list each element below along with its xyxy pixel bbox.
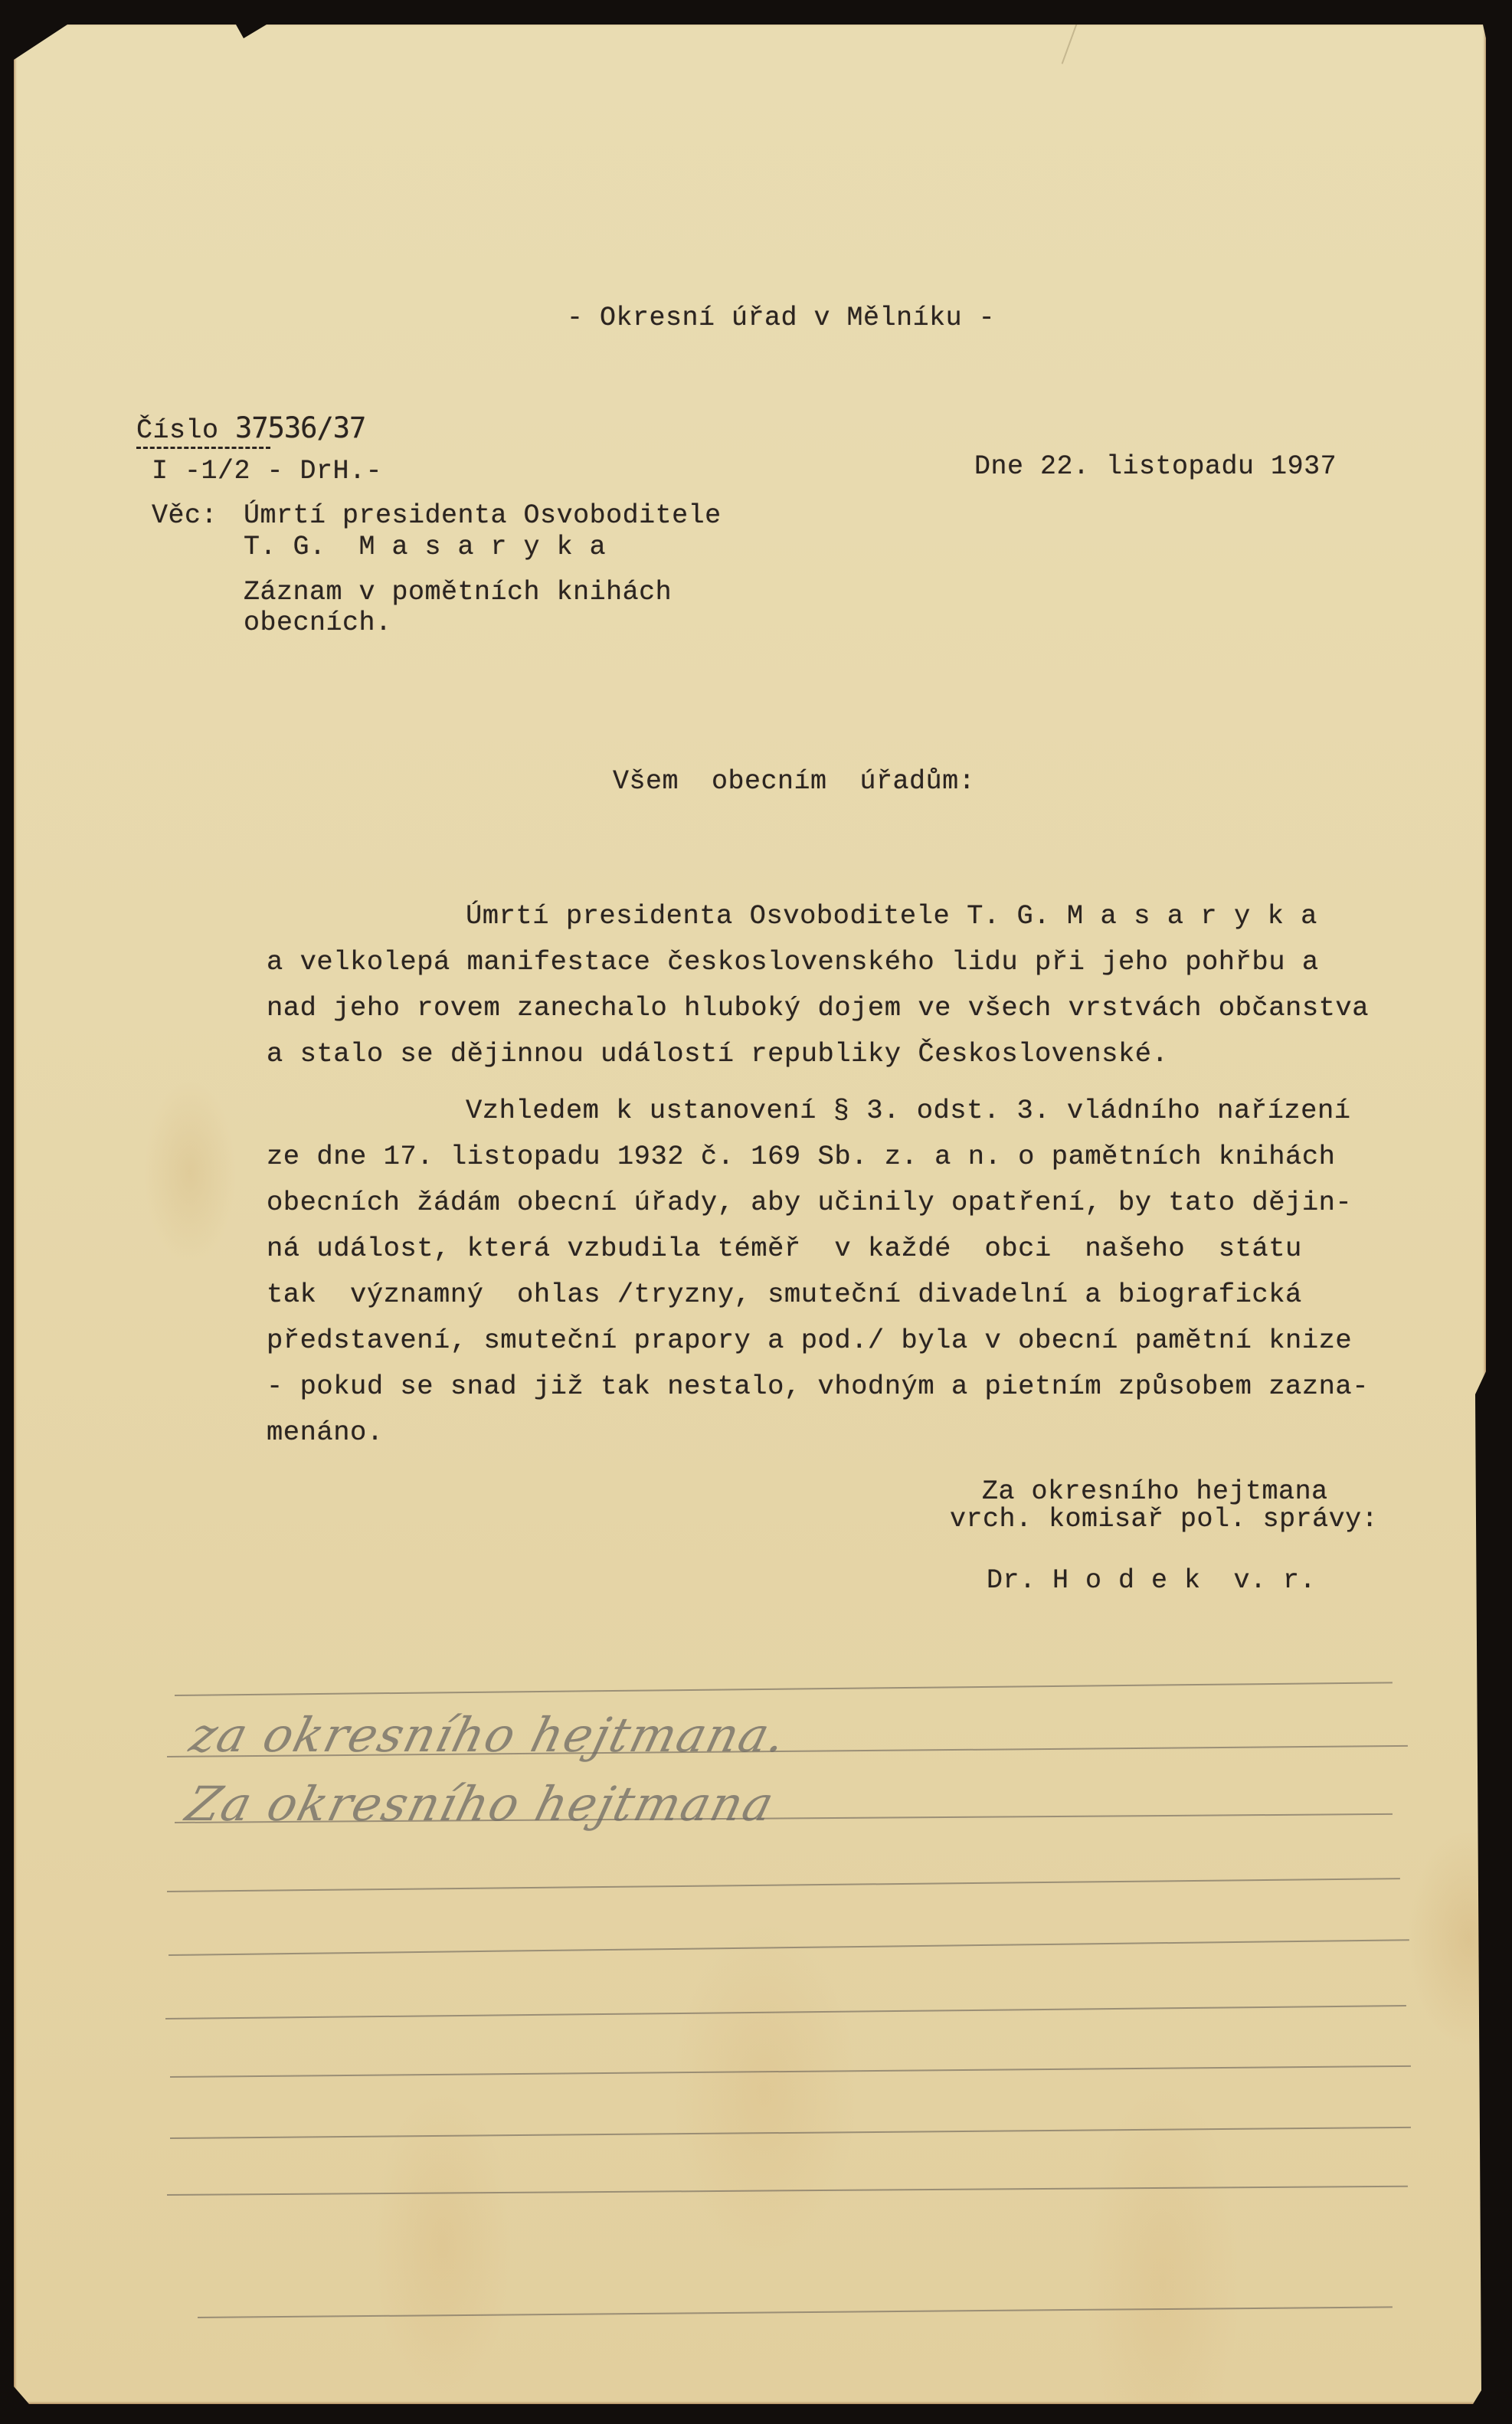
- reference-underline: [136, 447, 270, 449]
- handwritten-note: Za okresního hejtmana: [181, 1776, 781, 1832]
- subject-line: Záznam v pomětních knihách: [244, 579, 672, 606]
- body-line: a velkolepá manifestace československého…: [267, 948, 1319, 976]
- body-line: tak významný ohlas /tryzny, smuteční div…: [267, 1281, 1302, 1309]
- reference-year: /37: [316, 411, 365, 444]
- office-header: - Okresní úřad v Mělníku -: [567, 305, 995, 332]
- body-line: a stalo se dějinnou událostí republiky Č…: [267, 1040, 1168, 1068]
- subject-line: T. G. M a s a r y k a: [244, 534, 606, 561]
- body-line: ná událost, která vzbudila téměř v každé…: [267, 1235, 1302, 1263]
- reference-number: Číslo 37536/37: [136, 414, 365, 444]
- document-date: Dne 22. listopadu 1937: [974, 454, 1337, 480]
- body-line: nad jeho rovem zanechalo hluboký dojem v…: [267, 994, 1369, 1022]
- reference-label: Číslo: [136, 415, 219, 446]
- salutation: Všem obecním úřadům:: [613, 768, 975, 795]
- signature-name: Dr. H o d e k v. r.: [987, 1567, 1316, 1594]
- signature-line: Za okresního hejtmana: [982, 1479, 1328, 1505]
- body-line: Úmrtí presidenta Osvoboditele T. G. M a …: [466, 902, 1317, 930]
- body-line: Vzhledem k ustanovení § 3. odst. 3. vlád…: [466, 1097, 1351, 1125]
- reference-code: I -1/2 - DrH.-: [152, 458, 382, 485]
- handwritten-note: za okresního hejtmana.: [185, 1707, 793, 1763]
- signature-line: vrch. komisař pol. správy:: [950, 1506, 1378, 1533]
- body-line: menáno.: [267, 1419, 384, 1446]
- subject-line: obecních.: [244, 610, 392, 637]
- subject-label: Věc:: [152, 503, 218, 529]
- body-line: ze dne 17. listopadu 1932 č. 169 Sb. z. …: [267, 1143, 1335, 1171]
- reference-number-value: 37536: [235, 411, 316, 444]
- body-line: - pokud se snad již tak nestalo, vhodným…: [267, 1373, 1369, 1400]
- body-line: představení, smuteční prapory a pod./ by…: [267, 1327, 1352, 1354]
- body-line: obecních žádám obecní úřady, aby učinily…: [267, 1189, 1352, 1217]
- subject-line: Úmrtí presidenta Osvoboditele: [244, 503, 722, 529]
